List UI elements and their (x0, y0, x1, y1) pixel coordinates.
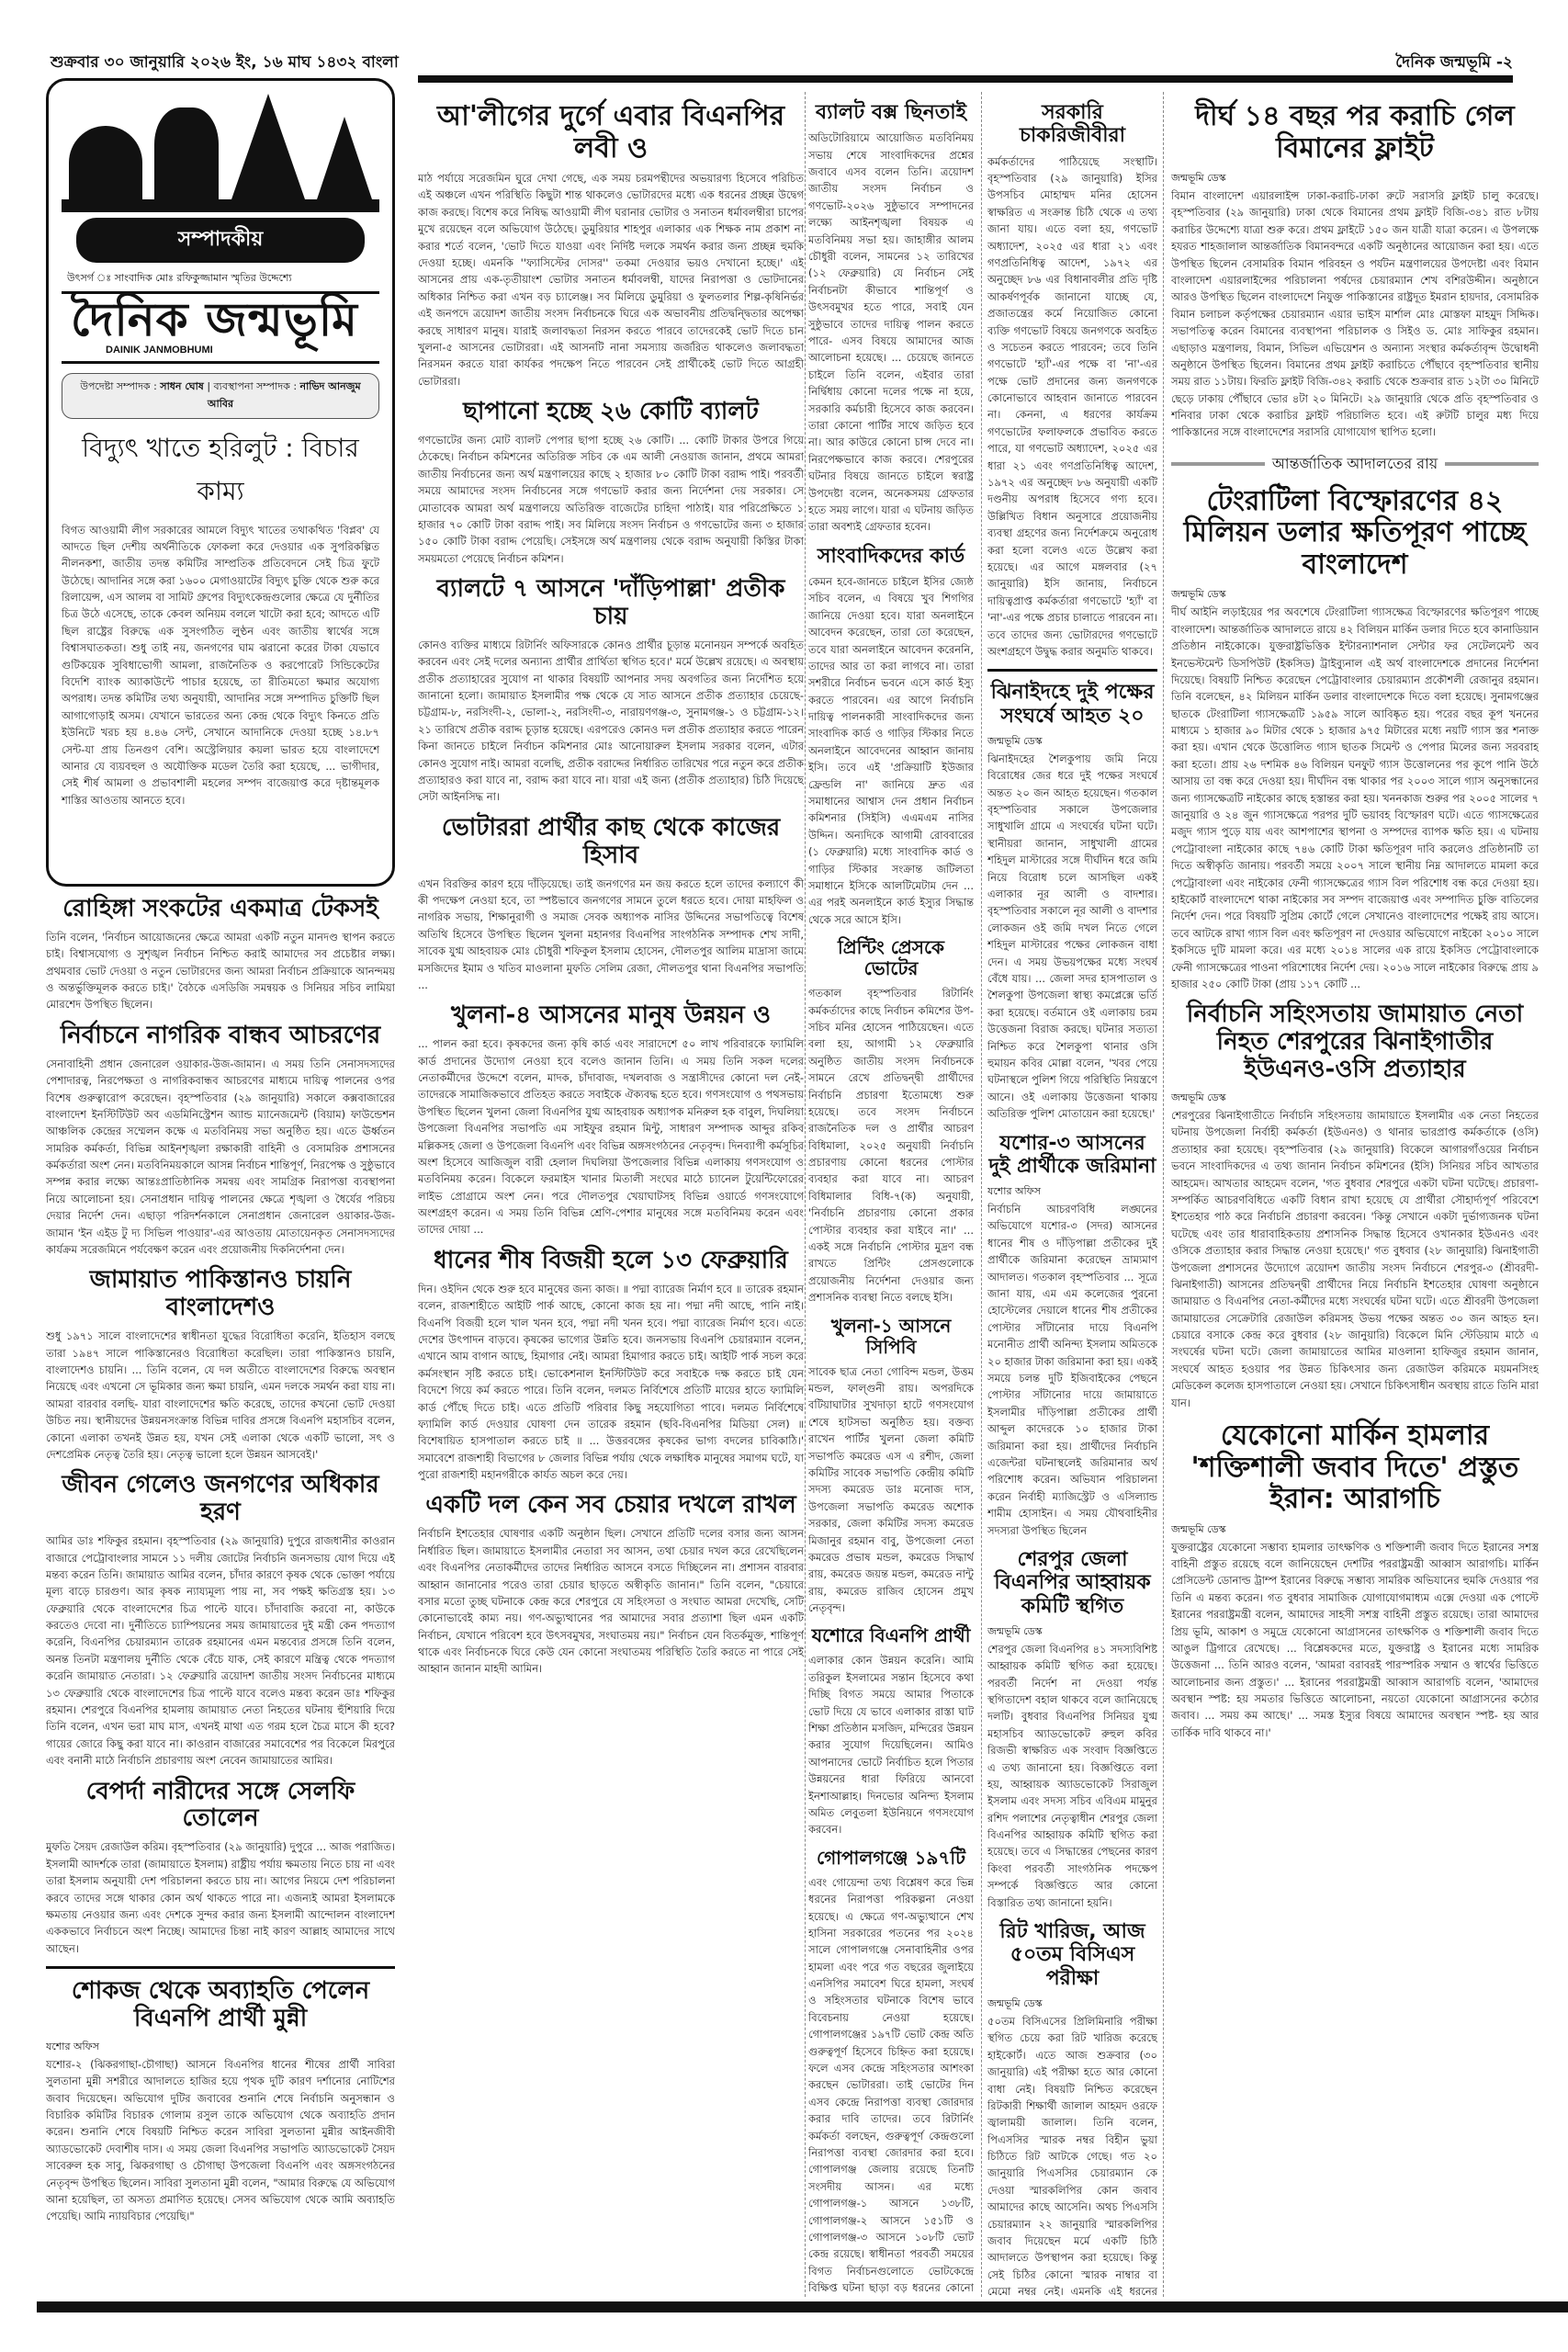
article: দীর্ঘ ১৪ বছর পর করাচি গেল বিমানের ফ্লাইট… (1171, 101, 1539, 441)
article: আন্তর্জাতিক আদালতের রায় টেংরাটিলা বিস্ফ… (1171, 452, 1539, 992)
article: শেরপুর জেলা বিএনপির আহ্বায়ক কমিটি স্থগি… (987, 1548, 1157, 1911)
article-body: শেরপুরের ঝিনাইগাতীতে নির্বাচনি সহিংসতায়… (1171, 1107, 1539, 1411)
article: যশোরে বিএনপি প্রার্থী এলাকার কোন উন্নয়ন… (808, 1625, 974, 1837)
column-center: আ'লীগের দুর্গে এবার বিএনপির লবী ও মাঠ পর… (418, 92, 804, 2297)
bottom-rule (37, 2301, 1568, 2312)
article-headline[interactable]: শোকজ থেকে অব্যাহতি পেলেন বিএনপি প্রার্থী… (46, 1978, 395, 2033)
article-headline[interactable]: রিট খারিজ, আজ ৫০তম বিসিএস পরীক্ষা (987, 1920, 1157, 1990)
article-headline[interactable]: যশোরে বিএনপি প্রার্থী (808, 1625, 974, 1646)
article: গোপালগঞ্জে ১৯৭টি এবং গোয়েন্দা তথ্য বিশ্… (808, 1848, 974, 2297)
article-body: শেরপুর জেলা বিএনপির ৪১ সদস্যবিশিষ্ট আহ্ব… (987, 1641, 1157, 1911)
article-headline[interactable]: সাংবাদিকদের কার্ড (808, 545, 974, 568)
article-headline[interactable]: নির্বাচনি সহিংসতায় জামায়াত নেতা নিহত শ… (1171, 1001, 1539, 1084)
article: খুলনা-৪ আসনের মানুষ উন্নয়ন ও ... পালন ক… (418, 1002, 804, 1238)
dateline: শুক্রবার ৩০ জানুয়ারি ২০২৬ ইং, ১৬ মাঘ ১৪… (51, 51, 399, 76)
article-headline[interactable]: ধানের শীষ বিজয়ী হলে ১৩ ফেব্রুয়ারি (418, 1248, 804, 1275)
article-headline[interactable]: যেকোনো মার্কিন হামলার 'শক্তিশালী জবাব দি… (1171, 1420, 1539, 1516)
mosque-dome-icon (69, 126, 142, 199)
article-byline: যশোর অফিস (46, 2039, 395, 2056)
article: ঝিনাইদহে দুই পক্ষের সংঘর্ষে আহত ২০ জন্মভ… (987, 681, 1157, 1122)
article: ব্যালটে ৭ আসনে 'দাঁড়িপাল্লা' প্রতীক চায… (418, 576, 804, 806)
article-headline[interactable]: গোপালগঞ্জে ১৯৭টি (808, 1848, 974, 1869)
article-body: আমির ডাঃ শফিকুর রহমান। বৃহস্পতিবার (২৯ জ… (46, 1532, 395, 1769)
article-body: ৫০তম বিসিএসের প্রিলিমিনারি পরীক্ষা স্থগি… (987, 2013, 1157, 2297)
article-byline: জন্মভূমি ডেস্ক (987, 1996, 1157, 2013)
article: আ'লীগের দুর্গে এবার বিএনপির লবী ও মাঠ পর… (418, 101, 804, 390)
article-headline[interactable]: টেংরাটিলা বিস্ফোরণের ৪২ মিলিয়ন ডলার ক্ষ… (1171, 486, 1539, 582)
article-headline[interactable]: জামায়াত পাকিস্তানও চায়নি বাংলাদেশও (46, 1267, 395, 1322)
article-body: বিমান বাংলাদেশ এয়ারলাইন্স ঢাকা-করাচি-ঢা… (1171, 187, 1539, 441)
article: ব্যালট বক্স ছিনতাই অডিটোরিয়ামে আয়োজিত … (808, 101, 974, 536)
article-headline[interactable]: জীবন গেলেও জনগণের অধিকার হরণ (46, 1472, 395, 1527)
article-byline: জন্মভূমি ডেস্ক (1171, 1521, 1539, 1539)
article-byline: জন্মভূমি ডেস্ক (1171, 170, 1539, 187)
advisory-editor-name: সাধন ঘোষ (160, 380, 204, 392)
article-body: দিন। ওইদিন থেকে শুরু হবে মানুষের জন্য কা… (418, 1281, 804, 1484)
article-body: কর্মকর্তাদের পাঠিয়েছে সংস্থাটি। বৃহস্পত… (987, 153, 1157, 661)
temple-icon (154, 107, 219, 199)
article: খুলনা-১ আসনে সিপিবি সাবেক ছাত্র নেতা গোব… (808, 1316, 974, 1617)
article: রিট খারিজ, আজ ৫০তম বিসিএস পরীক্ষা জন্মভূ… (987, 1920, 1157, 2297)
article-body: দীর্ঘ আইনি লড়াইয়ের পর অবশেষে টেংরাটিলা… (1171, 604, 1539, 992)
article: ভোটাররা প্রার্থীর কাছ থেকে কাজের হিসাব এ… (418, 815, 804, 994)
article-headline[interactable]: শেরপুর জেলা বিএনপির আহ্বায়ক কমিটি স্থগি… (987, 1548, 1157, 1618)
column-divider (805, 92, 806, 2297)
editorial-section-label: সম্পাদকীয় (76, 218, 365, 263)
article: ধানের শীষ বিজয়ী হলে ১৩ ফেব্রুয়ারি দিন।… (418, 1248, 804, 1484)
article-body: এলাকার কোন উন্নয়ন করেনি। আমি তরিকুল ইসল… (808, 1652, 974, 1837)
article-body: কেমন হবে-জানতে চাইলে ইসির জ্যেষ্ঠ সচিব ব… (808, 573, 974, 928)
divider (46, 1966, 395, 1969)
article-headline[interactable]: খুলনা-১ আসনে সিপিবি (808, 1316, 974, 1358)
article-headline[interactable]: বেপর্দা নারীদের সঙ্গে সেলফি তোলেন (46, 1779, 395, 1834)
article-headline[interactable]: ব্যালট বক্স ছিনতাই (808, 101, 974, 124)
page-folio: দৈনিক জন্মভূমি -২ (1395, 51, 1513, 76)
managing-editor-label: ব্যবস্থাপনা সম্পাদক : (214, 380, 298, 392)
top-rule (418, 75, 1513, 83)
article-body: সাবেক ছাত্র নেতা গোবিন্দ মন্ডল, উত্তম মন… (808, 1363, 974, 1617)
column-4: সরকারি চাকরিজীবীরা কর্মকর্তাদের পাঠিয়েছ… (987, 92, 1157, 2297)
divider (987, 669, 1157, 672)
pagoda-icon (317, 117, 372, 199)
article-body: গণভোটের জন্য মোট ব্যালট পেপার ছাপা হচ্ছে… (418, 432, 804, 567)
article-body: যশোর-২ (ঝিকরগাছা-চৌগাছা) আসনে বিএনপির ধা… (46, 2056, 395, 2225)
article: শোকজ থেকে অব্যাহতি পেলেন বিএনপি প্রার্থী… (46, 1978, 395, 2225)
article: যশোর-৩ আসনের দুই প্রার্থীকে জরিমানা যশোর… (987, 1132, 1157, 1539)
article-body: মাঠ পর্যায়ে সরেজমিন ঘুরে দেখা গেছে, এক … (418, 170, 804, 390)
article-body: এবং গোয়েন্দা তথ্য বিশ্লেষণ করে ভিন্ন ধর… (808, 1874, 974, 2297)
article: জামায়াত পাকিস্তানও চায়নি বাংলাদেশও শুধ… (46, 1267, 395, 1463)
article-headline[interactable]: দীর্ঘ ১৪ বছর পর করাচি গেল বিমানের ফ্লাইট (1171, 101, 1539, 164)
article-body: তিনি বলেন, 'নির্বাচন আয়োজনের ক্ষেত্রে আ… (46, 929, 395, 1013)
article-kicker: আন্তর্জাতিক আদালতের রায় (1171, 452, 1539, 477)
article: সরকারি চাকরিজীবীরা কর্মকর্তাদের পাঠিয়েছ… (987, 101, 1157, 660)
article-byline: যশোর অফিস (987, 1183, 1157, 1201)
column-3: ব্যালট বক্স ছিনতাই অডিটোরিয়ামে আয়োজিত … (808, 92, 974, 2297)
article-body: সেনাবাহিনী প্রধান জেনারেল ওয়াকার-উজ-জাম… (46, 1056, 395, 1259)
article-body: নির্বাচনি ইশতেহার ঘোষণার একটি অনুষ্ঠান ছ… (418, 1525, 804, 1678)
article-body: নির্বাচনি আচরণবিধি লঙ্ঘনের অভিযোগে যশোর-… (987, 1201, 1157, 1539)
article: যেকোনো মার্কিন হামলার 'শক্তিশালী জবাব দি… (1171, 1420, 1539, 1741)
article: ছাপানো হচ্ছে ২৬ কোটি ব্যালট গণভোটের জন্য… (418, 399, 804, 567)
religious-skyline-logo-icon (62, 97, 379, 212)
article-headline[interactable]: নির্বাচনে নাগরিক বান্ধব আচরণের (46, 1023, 395, 1050)
article-body: এখন বিরক্তির কারণ হয়ে দাঁড়িয়েছে। তাই … (418, 876, 804, 994)
article: জীবন গেলেও জনগণের অধিকার হরণ আমির ডাঃ শফ… (46, 1472, 395, 1769)
advisory-editor-label: উপদেষ্টা সম্পাদক : (80, 380, 156, 392)
article: রোহিঙ্গা সংকটের একমাত্র টেকসই তিনি বলেন,… (46, 896, 395, 1013)
editorial-title: বিদ্যুৎ খাতে হরিলুট : বিচার কাম্য (62, 428, 379, 514)
article-body: যুক্তরাষ্ট্রের যেকোনো সম্ভাব্য হামলার তা… (1171, 1539, 1539, 1742)
column-right: দীর্ঘ ১৪ বছর পর করাচি গেল বিমানের ফ্লাইট… (1171, 92, 1539, 2297)
editorial-body: বিগত আওয়ামী লীগ সরকারের আমলে বিদ্যুৎ খা… (62, 522, 379, 809)
article-byline: জন্মভূমি ডেস্ক (1171, 1090, 1539, 1107)
column-divider (1163, 92, 1164, 2297)
article-headline[interactable]: প্রিন্টিং প্রেসকে ভোটের (808, 937, 974, 979)
article-body: ঝিনাইদহের শৈলকুপায় জমি নিয়ে বিরোধের জে… (987, 751, 1157, 1123)
article: বেপর্দা নারীদের সঙ্গে সেলফি তোলেন মুফতি … (46, 1779, 395, 1958)
article-body: গতকাল বৃহস্পতিবার রিটার্নিং কর্মকর্তাদের… (808, 985, 974, 1306)
article-headline[interactable]: খুলনা-৪ আসনের মানুষ উন্নয়ন ও (418, 1002, 804, 1030)
article-headline[interactable]: ছাপানো হচ্ছে ২৬ কোটি ব্যালট (418, 399, 804, 426)
article-byline: জন্মভূমি ডেস্ক (987, 1623, 1157, 1641)
editorial-masthead-box: সম্পাদকীয় উৎসর্গ ঃ সাংবাদিক মোঃ রফিকুজ্… (46, 78, 395, 887)
article-headline[interactable]: একটি দল কেন সব চেয়ার দখলে রাখল (418, 1492, 804, 1520)
article-body: কোনও ব্যক্তির মাধ্যমে রিটার্নিং অফিসারকে… (418, 637, 804, 806)
article-body: শুধু ১৯৭১ সালে বাংলাদেশের স্বাধীনতা যুদ্… (46, 1328, 395, 1463)
church-spire-icon (231, 94, 305, 199)
column-divider (981, 92, 982, 2297)
newspaper-logo: দৈনিক জন্মভূমি (62, 294, 379, 345)
article-headline[interactable]: আ'লীগের দুর্গে এবার বিএনপির লবী ও (418, 101, 804, 164)
article: একটি দল কেন সব চেয়ার দখলে রাখল নির্বাচন… (418, 1492, 804, 1677)
newspaper-logo-english: DAINIK JANMOBHUMI (62, 345, 379, 364)
article: সাংবাদিকদের কার্ড কেমন হবে-জানতে চাইলে ই… (808, 545, 974, 929)
article-byline: জন্মভূমি ডেস্ক (987, 733, 1157, 751)
article: নির্বাচনি সহিংসতায় জামায়াত নেতা নিহত শ… (1171, 1001, 1539, 1411)
article-body: অডিটোরিয়ামে আয়োজিত মতবিনিময় সভায় শেষ… (808, 130, 974, 535)
editors-line: উপদেষ্টা সম্পাদক : সাধন ঘোষ | ব্যবস্থাপন… (62, 373, 379, 419)
article-body: মুফতি সৈয়দ রেজাউল করিম। বৃহস্পতিবার (২৯… (46, 1838, 395, 1957)
article: নির্বাচনে নাগরিক বান্ধব আচরণের সেনাবাহিন… (46, 1023, 395, 1259)
newspaper-page: শুক্রবার ৩০ জানুয়ারি ২০২৬ ইং, ১৬ মাঘ ১৪… (0, 0, 1568, 2352)
article-headline[interactable]: ব্যালটে ৭ আসনে 'দাঁড়িপাল্লা' প্রতীক চায… (418, 576, 804, 631)
article-headline[interactable]: ঝিনাইদহে দুই পক্ষের সংঘর্ষে আহত ২০ (987, 681, 1157, 728)
article-byline: জন্মভূমি ডেস্ক (1171, 586, 1539, 604)
article-headline[interactable]: রোহিঙ্গা সংকটের একমাত্র টেকসই (46, 896, 395, 923)
column-left: সম্পাদকীয় উৎসর্গ ঃ সাংবাদিক মোঃ রফিকুজ্… (46, 78, 395, 2297)
article-headline[interactable]: ভোটাররা প্রার্থীর কাছ থেকে কাজের হিসাব (418, 815, 804, 870)
article-body: ... পালন করা হবে। কৃষকদের জন্য কৃষি কার্… (418, 1035, 804, 1238)
article-headline[interactable]: যশোর-৩ আসনের দুই প্রার্থীকে জরিমানা (987, 1132, 1157, 1179)
article: প্রিন্টিং প্রেসকে ভোটের গতকাল বৃহস্পতিবা… (808, 937, 974, 1306)
dedication-line: উৎসর্গ ঃ সাংবাদিক মোঃ রফিকুজ্জামান স্মৃত… (62, 268, 379, 294)
article-headline[interactable]: সরকারি চাকরিজীবীরা (987, 101, 1157, 148)
